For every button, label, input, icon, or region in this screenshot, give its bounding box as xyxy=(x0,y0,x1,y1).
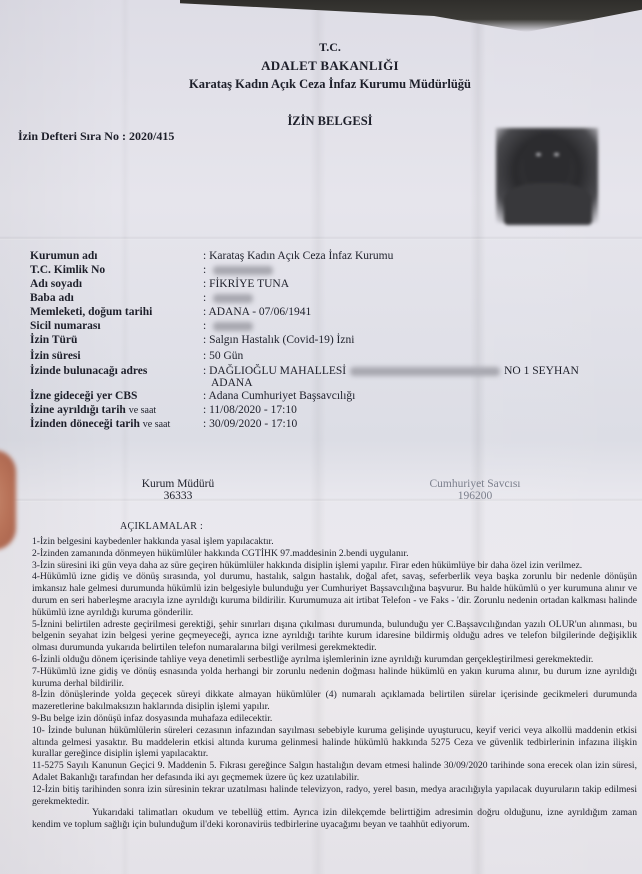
field-value-text: 11/08/2020 - 17:10 xyxy=(209,404,297,416)
register-number: İzin Defteri Sıra No : 2020/415 xyxy=(18,129,174,144)
note-item: 12-İzin bitiş tarihinden sonra izin süre… xyxy=(32,784,637,808)
field-value-text: Salgın Hastalık (Covid-19) İzni xyxy=(209,334,354,346)
document-title: İZİN BELGESİ xyxy=(180,114,480,129)
field-label: T.C. Kimlik No xyxy=(30,264,105,276)
field-value: : 50 Gün xyxy=(203,350,243,362)
field-row: Sicil numarası: xyxy=(30,320,630,334)
field-row: Adı soyadı: FİKRİYE TUNA xyxy=(30,278,630,292)
field-value-text: FİKRİYE TUNA xyxy=(209,278,289,290)
field-label: Baba adı xyxy=(30,292,74,304)
field-row: Memleketi, doğum tarihi: ADANA - 07/06/1… xyxy=(30,306,630,320)
field-label: Adı soyadı xyxy=(30,278,82,290)
register-value: 2020/415 xyxy=(129,129,174,143)
redacted-value xyxy=(350,367,500,376)
field-label: Memleketi, doğum tarihi xyxy=(30,306,152,318)
field-row: Baba adı: xyxy=(30,292,630,306)
field-value: : xyxy=(203,320,253,332)
notes-heading: AÇIKLAMALAR : xyxy=(120,521,203,532)
field-label: Sicil numarası xyxy=(30,320,101,332)
signature-director: Kurum Müdürü 36333 xyxy=(128,478,228,502)
signature-prosecutor: Cumhuriyet Savcısı 196200 xyxy=(410,478,540,502)
paper-fold xyxy=(0,236,642,240)
declaration-text: Yukarıdaki talimatları okudum ve tebellü… xyxy=(32,807,637,831)
note-item: 2-İzinden zamanında dönmeyen hükümlüler … xyxy=(32,548,637,560)
header-ministry: ADALET BAKANLIĞI xyxy=(180,58,480,74)
field-value: : Salgın Hastalık (Covid-19) İzni xyxy=(203,334,354,346)
field-value-text: 30/09/2020 - 17:10 xyxy=(209,418,297,430)
person-photo-icon xyxy=(496,128,598,223)
field-value: : Adana Cumhuriyet Başsavcılığı xyxy=(203,390,355,402)
note-item: 10- İzinde bulunan hükümlülerin süreleri… xyxy=(32,725,637,760)
note-item: 11-5275 Sayılı Kanunun Geçici 9. Maddeni… xyxy=(32,760,637,784)
note-item: 5-İznini belirtilen adreste geçirilmesi … xyxy=(32,619,637,654)
field-value: : xyxy=(203,264,273,276)
field-value: : ADANA - 07/06/1941 xyxy=(203,306,311,318)
field-value: : FİKRİYE TUNA xyxy=(203,278,289,290)
field-row: T.C. Kimlik No: xyxy=(30,264,630,278)
field-value-text: Adana Cumhuriyet Başsavcılığı xyxy=(208,390,355,402)
field-row: İzin Türü: Salgın Hastalık (Covid-19) İz… xyxy=(30,334,630,348)
field-row: İzine ayrıldığı tarih ve saat: 11/08/202… xyxy=(30,404,630,418)
field-value-tail: NO 1 SEYHAN xyxy=(504,365,579,377)
field-value: : xyxy=(203,292,253,304)
signature-number: 196200 xyxy=(410,490,540,502)
field-label: İzine ayrıldığı tarih xyxy=(30,404,126,416)
field-row: İzin süresi: 50 Gün xyxy=(30,350,630,364)
holding-finger xyxy=(0,450,16,550)
signature-number: 36333 xyxy=(128,490,228,502)
notes-list: 1-İzin belgesini kaybedenler hakkında ya… xyxy=(32,536,637,831)
field-label: İzin süresi xyxy=(30,350,81,362)
note-item: 4-Hükümlü izne gidiş ve dönüş sırasında,… xyxy=(32,571,637,618)
header-country: T.C. xyxy=(180,40,480,55)
note-item: 3-İzin süresini iki gün veya daha az sür… xyxy=(32,560,637,572)
field-label-suffix: ve saat xyxy=(129,405,157,416)
field-row: İzinde bulunacağı adres: DAĞLIOĞLU MAHAL… xyxy=(30,365,630,379)
field-value-text: ADANA - 07/06/1941 xyxy=(208,306,311,318)
signature-title: Cumhuriyet Savcısı xyxy=(429,478,520,490)
redacted-value xyxy=(213,322,253,331)
field-label: İzin Türü xyxy=(30,334,77,346)
field-label: İzinden döneceği tarih xyxy=(30,418,140,430)
note-item: 9-Bu belge izin dönüşü infaz dosyasında … xyxy=(32,713,637,725)
note-item: 1-İzin belgesini kaybedenler hakkında ya… xyxy=(32,536,637,548)
register-label: İzin Defteri Sıra No xyxy=(18,129,119,143)
field-value-text: 50 Gün xyxy=(209,350,243,362)
field-value: : DAĞLIOĞLU MAHALLESİNO 1 SEYHANADANA xyxy=(203,365,579,389)
redacted-value xyxy=(213,294,253,303)
field-value: : 30/09/2020 - 17:10 xyxy=(203,418,297,430)
field-row: İzinden döneceği tarih ve saat: 30/09/20… xyxy=(30,418,630,432)
field-label: İzinde bulunacağı adres xyxy=(30,365,147,377)
field-value-text: Karataş Kadın Açık Ceza İnfaz Kurumu xyxy=(209,250,393,262)
field-value-text: DAĞLIOĞLU MAHALLESİ xyxy=(209,365,346,377)
redacted-value xyxy=(213,266,273,275)
note-item: 7-Hükümlü izne gidiş ve dönüş esnasında … xyxy=(32,666,637,690)
field-row: Kurumun adı: Karataş Kadın Açık Ceza İnf… xyxy=(30,250,630,264)
field-label: İzne gideceği yer CBS xyxy=(30,390,137,402)
field-label-suffix: ve saat xyxy=(143,419,171,430)
field-value: : Karataş Kadın Açık Ceza İnfaz Kurumu xyxy=(203,250,393,262)
paper-fold xyxy=(0,498,642,502)
note-item: 8-İzin dönüşlerinde yolda geçecek süreyi… xyxy=(32,689,637,713)
field-label: Kurumun adı xyxy=(30,250,97,262)
note-item: 6-İzinli olduğu dönem içerisinde tahliye… xyxy=(32,654,637,666)
field-value-line2: ADANA xyxy=(211,377,579,389)
field-row: İzne gideceği yer CBS: Adana Cumhuriyet … xyxy=(30,390,630,404)
signature-title: Kurum Müdürü xyxy=(142,478,215,490)
field-value: : 11/08/2020 - 17:10 xyxy=(203,404,297,416)
header-institution: Karataş Kadın Açık Ceza İnfaz Kurumu Müd… xyxy=(180,77,480,92)
